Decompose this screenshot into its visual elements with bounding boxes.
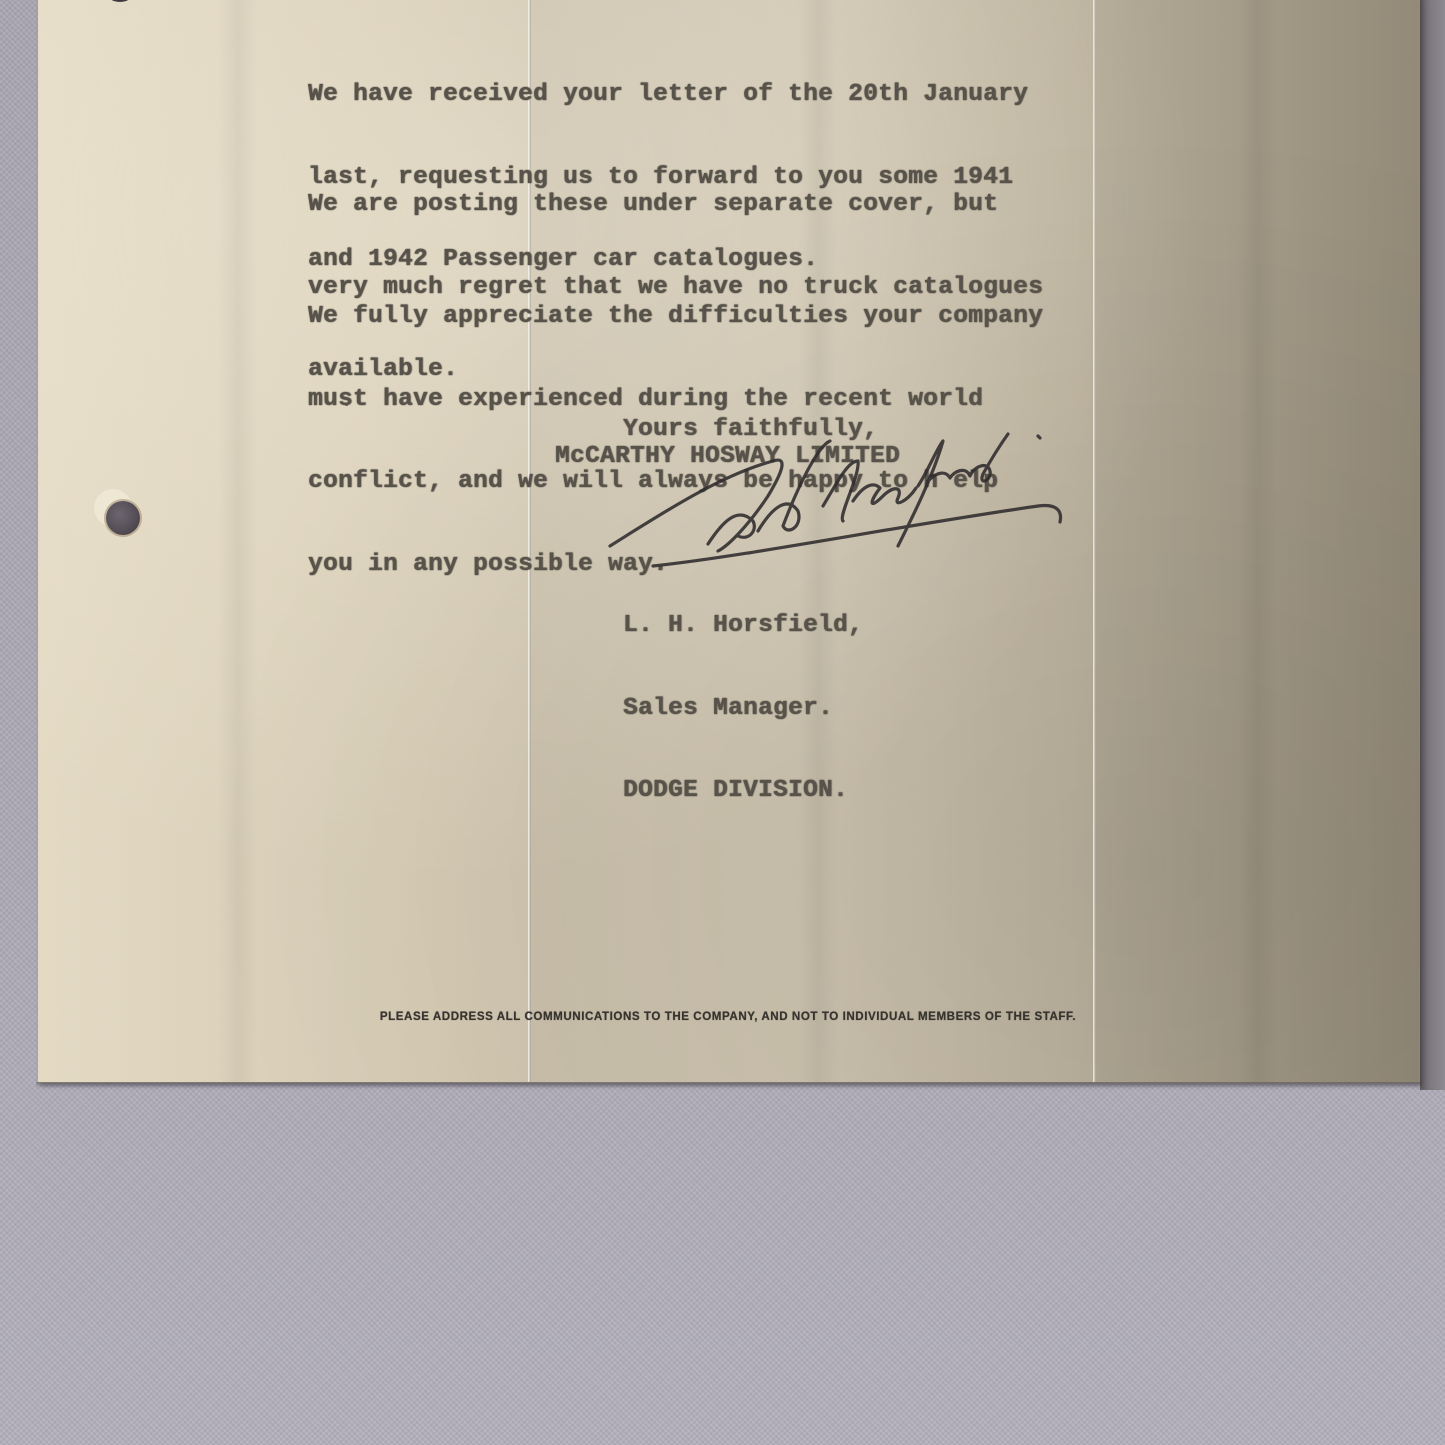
paper-crease [1238, 0, 1278, 1082]
paper-crease [218, 0, 258, 1082]
fold-line [1093, 0, 1096, 1082]
signatory-division: DODGE DIVISION. [623, 777, 863, 805]
signatory-title: Sales Manager. [623, 695, 863, 723]
text-line: must have experienced during the recent … [308, 386, 1043, 414]
punch-hole-icon [106, 501, 140, 535]
paper-shadow [36, 1082, 1422, 1088]
letterhead-footer-notice: PLEASE ADDRESS ALL COMMUNICATIONS TO THE… [213, 1010, 1243, 1023]
signatory-block: L. H. Horsfield, Sales Manager. DODGE DI… [623, 557, 863, 860]
letter-page: We have received your letter of the 20th… [38, 0, 1420, 1083]
signatory-name: L. H. Horsfield, [623, 612, 863, 640]
text-line: We are posting these under separate cove… [308, 191, 1043, 219]
text-line: We fully appreciate the difficulties you… [308, 303, 1043, 331]
dark-backdrop-edge [1420, 0, 1445, 1090]
text-line: We have received your letter of the 20th… [308, 81, 1028, 109]
handwritten-signature [598, 426, 1078, 576]
